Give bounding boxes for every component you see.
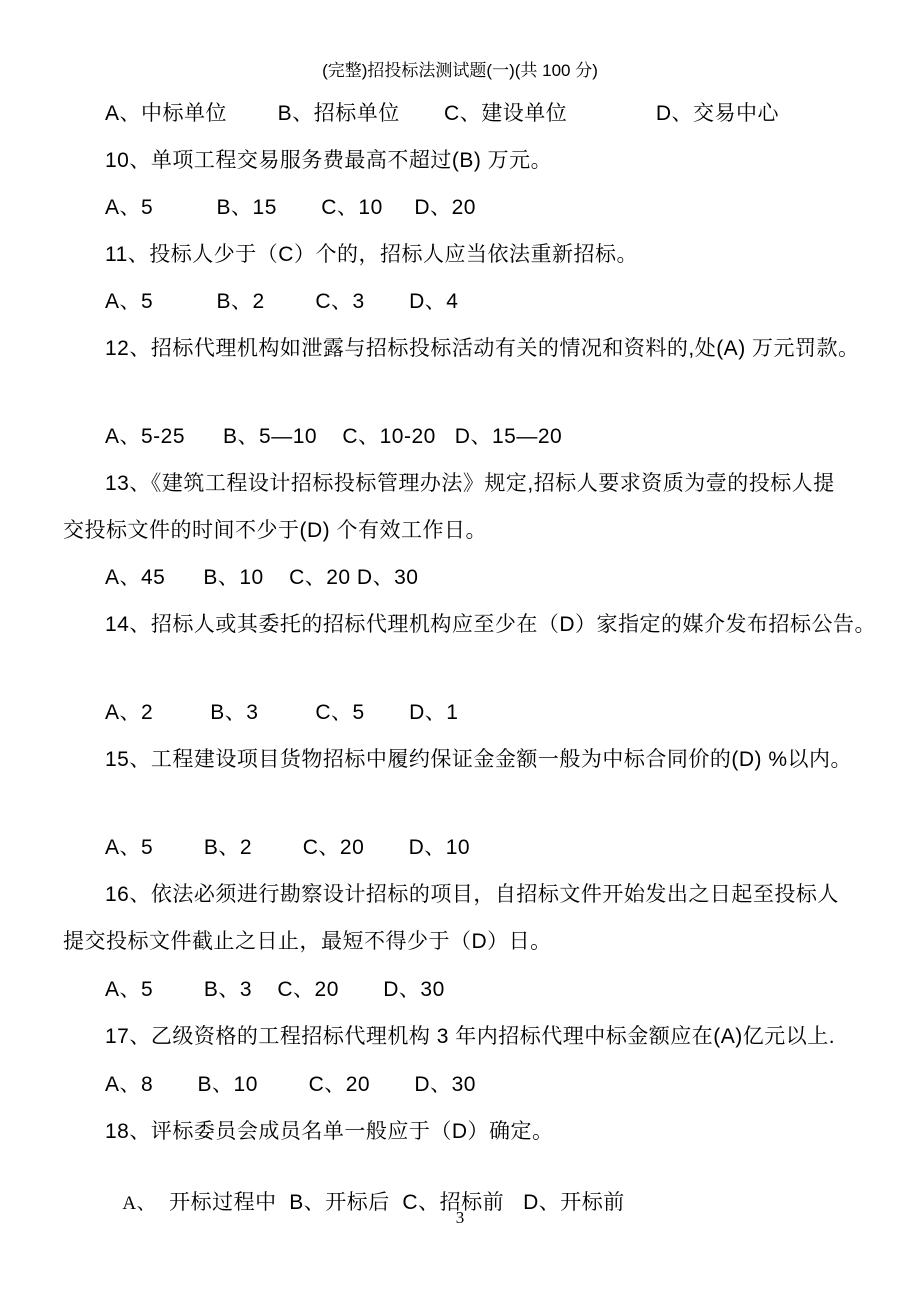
- question-15-text: 15、工程建设项目货物招标中履约保证金金额一般为中标合同价的(D) %以内。: [105, 748, 852, 771]
- question-10-options: A、5 B、15 C、10 D、20: [105, 196, 476, 219]
- question-9-options: A、中标单位 B、招标单位 C、建设单位 D、交易中心: [105, 102, 779, 125]
- question-14-options: A、2 B、3 C、5 D、1: [105, 701, 458, 724]
- question-14-text: 14、招标人或其委托的招标代理机构应至少在（D）家指定的媒介发布招标公告。: [105, 613, 876, 636]
- question-10-text: 10、单项工程交易服务费最高不超过(B) 万元。: [105, 149, 552, 172]
- question-18-text: 18、评标委员会成员名单一般应于（D）确定。: [105, 1120, 554, 1143]
- document-header-title: (完整)招投标法测试题(一)(共 100 分): [0, 61, 920, 80]
- question-17-options: A、8 B、10 C、20 D、30: [105, 1073, 476, 1096]
- question-13-text-line-2: 交投标文件的时间不少于(D) 个有效工作日。: [63, 519, 487, 542]
- question-16-options: A、5 B、3 C、20 D、30: [105, 978, 445, 1001]
- question-11-text: 11、投标人少于（C）个的，招标人应当依法重新招标。: [105, 243, 638, 266]
- question-15-options: A、5 B、2 C、20 D、10: [105, 836, 470, 859]
- question-16-text-line-2: 提交投标文件截止之日止，最短不得少于（D）日。: [63, 930, 552, 953]
- question-12-options: A、5-25 B、5—10 C、10-20 D、15—20: [105, 425, 562, 448]
- question-17-text: 17、乙级资格的工程招标代理机构 3 年内招标代理中标金额应在(A)亿元以上.: [105, 1025, 835, 1048]
- question-13-options: A、45 B、10 C、20 D、30: [105, 566, 418, 589]
- page-number: 3: [0, 1208, 920, 1227]
- question-16-text-line-1: 16、依法必须进行勘察设计招标的项目，自招标文件开始发出之日起至投标人: [105, 883, 839, 906]
- question-11-options: A、5 B、2 C、3 D、4: [105, 290, 458, 313]
- question-18-options: A、开标过程中 B、开标后 C、招标前 D、开标前: [97, 1168, 625, 1238]
- question-12-text: 12、招标代理机构如泄露与招标投标活动有关的情况和资料的,处(A) 万元罚款。: [105, 337, 860, 360]
- document-page: (完整)招投标法测试题(一)(共 100 分) A、中标单位 B、招标单位 C、…: [0, 0, 920, 1302]
- question-13-text-line-1: 13、《建筑工程设计招标投标管理办法》规定,招标人要求资质为壹的投标人提: [105, 472, 835, 495]
